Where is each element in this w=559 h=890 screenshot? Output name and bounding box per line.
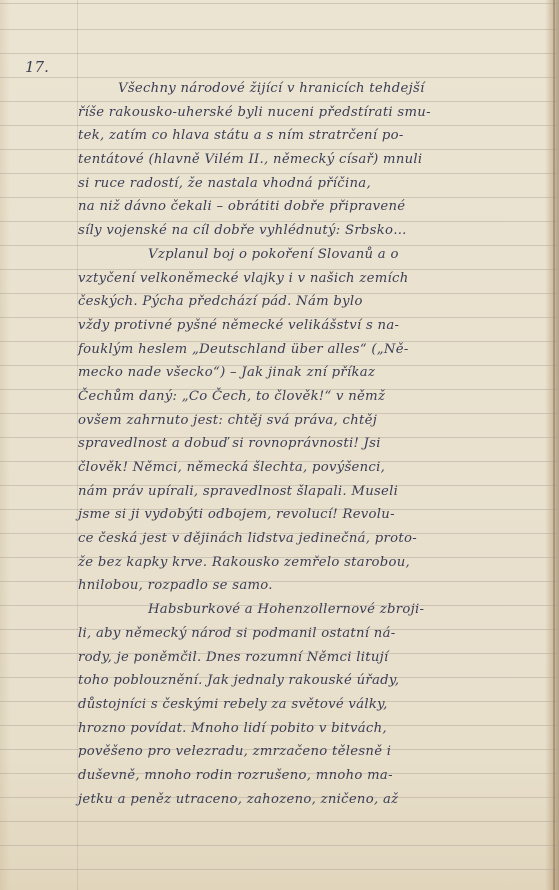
text-line: si ruce radostí, že nastala vhodná příči… <box>78 172 508 196</box>
manuscript-page: 17. Všechny národové žijící v hranicích … <box>0 0 559 890</box>
text-line: pověšeno pro velezradu, zmrzačeno tělesn… <box>78 740 508 764</box>
text-line: síly vojenské na cíl dobře vyhlédnutý: S… <box>78 219 508 243</box>
text-line: vztyčení velkoněmecké vlajky i v našich … <box>78 267 508 291</box>
text-line: Všechny národové žijící v hranicích tehd… <box>78 77 508 101</box>
text-line: mecko nade všecko“) – Jak jinak zní přík… <box>78 361 508 385</box>
text-line: hrozno povídat. Mnoho lidí pobito v bitv… <box>78 717 508 741</box>
text-line: nám práv upírali, spravedlnost šlapali. … <box>78 480 508 504</box>
text-line: Vzplanul boj o pokoření Slovanů a o <box>78 243 508 267</box>
text-line: ce česká jest v dějinách lidstva jedineč… <box>78 527 508 551</box>
text-line: říše rakousko-uherské byli nuceni předst… <box>78 101 508 125</box>
page-number: 17. <box>25 58 49 76</box>
text-line: fouklým heslem „Deutschland über alles“ … <box>78 338 508 362</box>
text-line: rody, je poněmčil. Dnes rozumní Němci li… <box>78 646 508 670</box>
text-line: člověk! Němci, německá šlechta, povýšenc… <box>78 456 508 480</box>
text-line: li, aby německý národ si podmanil ostatn… <box>78 622 508 646</box>
text-line: duševně, mnoho rodin rozrušeno, mnoho ma… <box>78 764 508 788</box>
text-line: ovšem zahrnuto jest: chtěj svá práva, ch… <box>78 409 508 433</box>
text-line: vždy protivné pyšné německé velikášství … <box>78 314 508 338</box>
text-line: hnilobou, rozpadlo se samo. <box>78 574 508 598</box>
text-line: českých. Pýcha předchází pád. Nám bylo <box>78 290 508 314</box>
page-edge <box>553 0 555 890</box>
text-line: toho poblouznění. Jak jednaly rakouské ú… <box>78 669 508 693</box>
text-line: jetku a peněz utraceno, zahozeno, zničen… <box>78 788 508 812</box>
text-line: že bez kapky krve. Rakousko zemřelo star… <box>78 551 508 575</box>
text-line: tek, zatím co hlava státu a s ním stratr… <box>78 124 508 148</box>
text-line: důstojníci s českými rebely za světové v… <box>78 693 508 717</box>
text-line: Habsburkové a Hohenzollernové zbroji- <box>78 598 508 622</box>
text-line: Čechům daný: „Co Čech, to člověk!“ v něm… <box>78 385 508 409</box>
text-line: jsme si ji vydobýti odbojem, revolucí! R… <box>78 503 508 527</box>
text-line: na niž dávno čekali – obrátiti dobře při… <box>78 195 508 219</box>
text-line: tentátové (hlavně Vilém II., německý cís… <box>78 148 508 172</box>
handwritten-text: Všechny národové žijící v hranicích tehd… <box>78 77 508 811</box>
text-line: spravedlnost a dobuď si rovnoprávnosti! … <box>78 432 508 456</box>
